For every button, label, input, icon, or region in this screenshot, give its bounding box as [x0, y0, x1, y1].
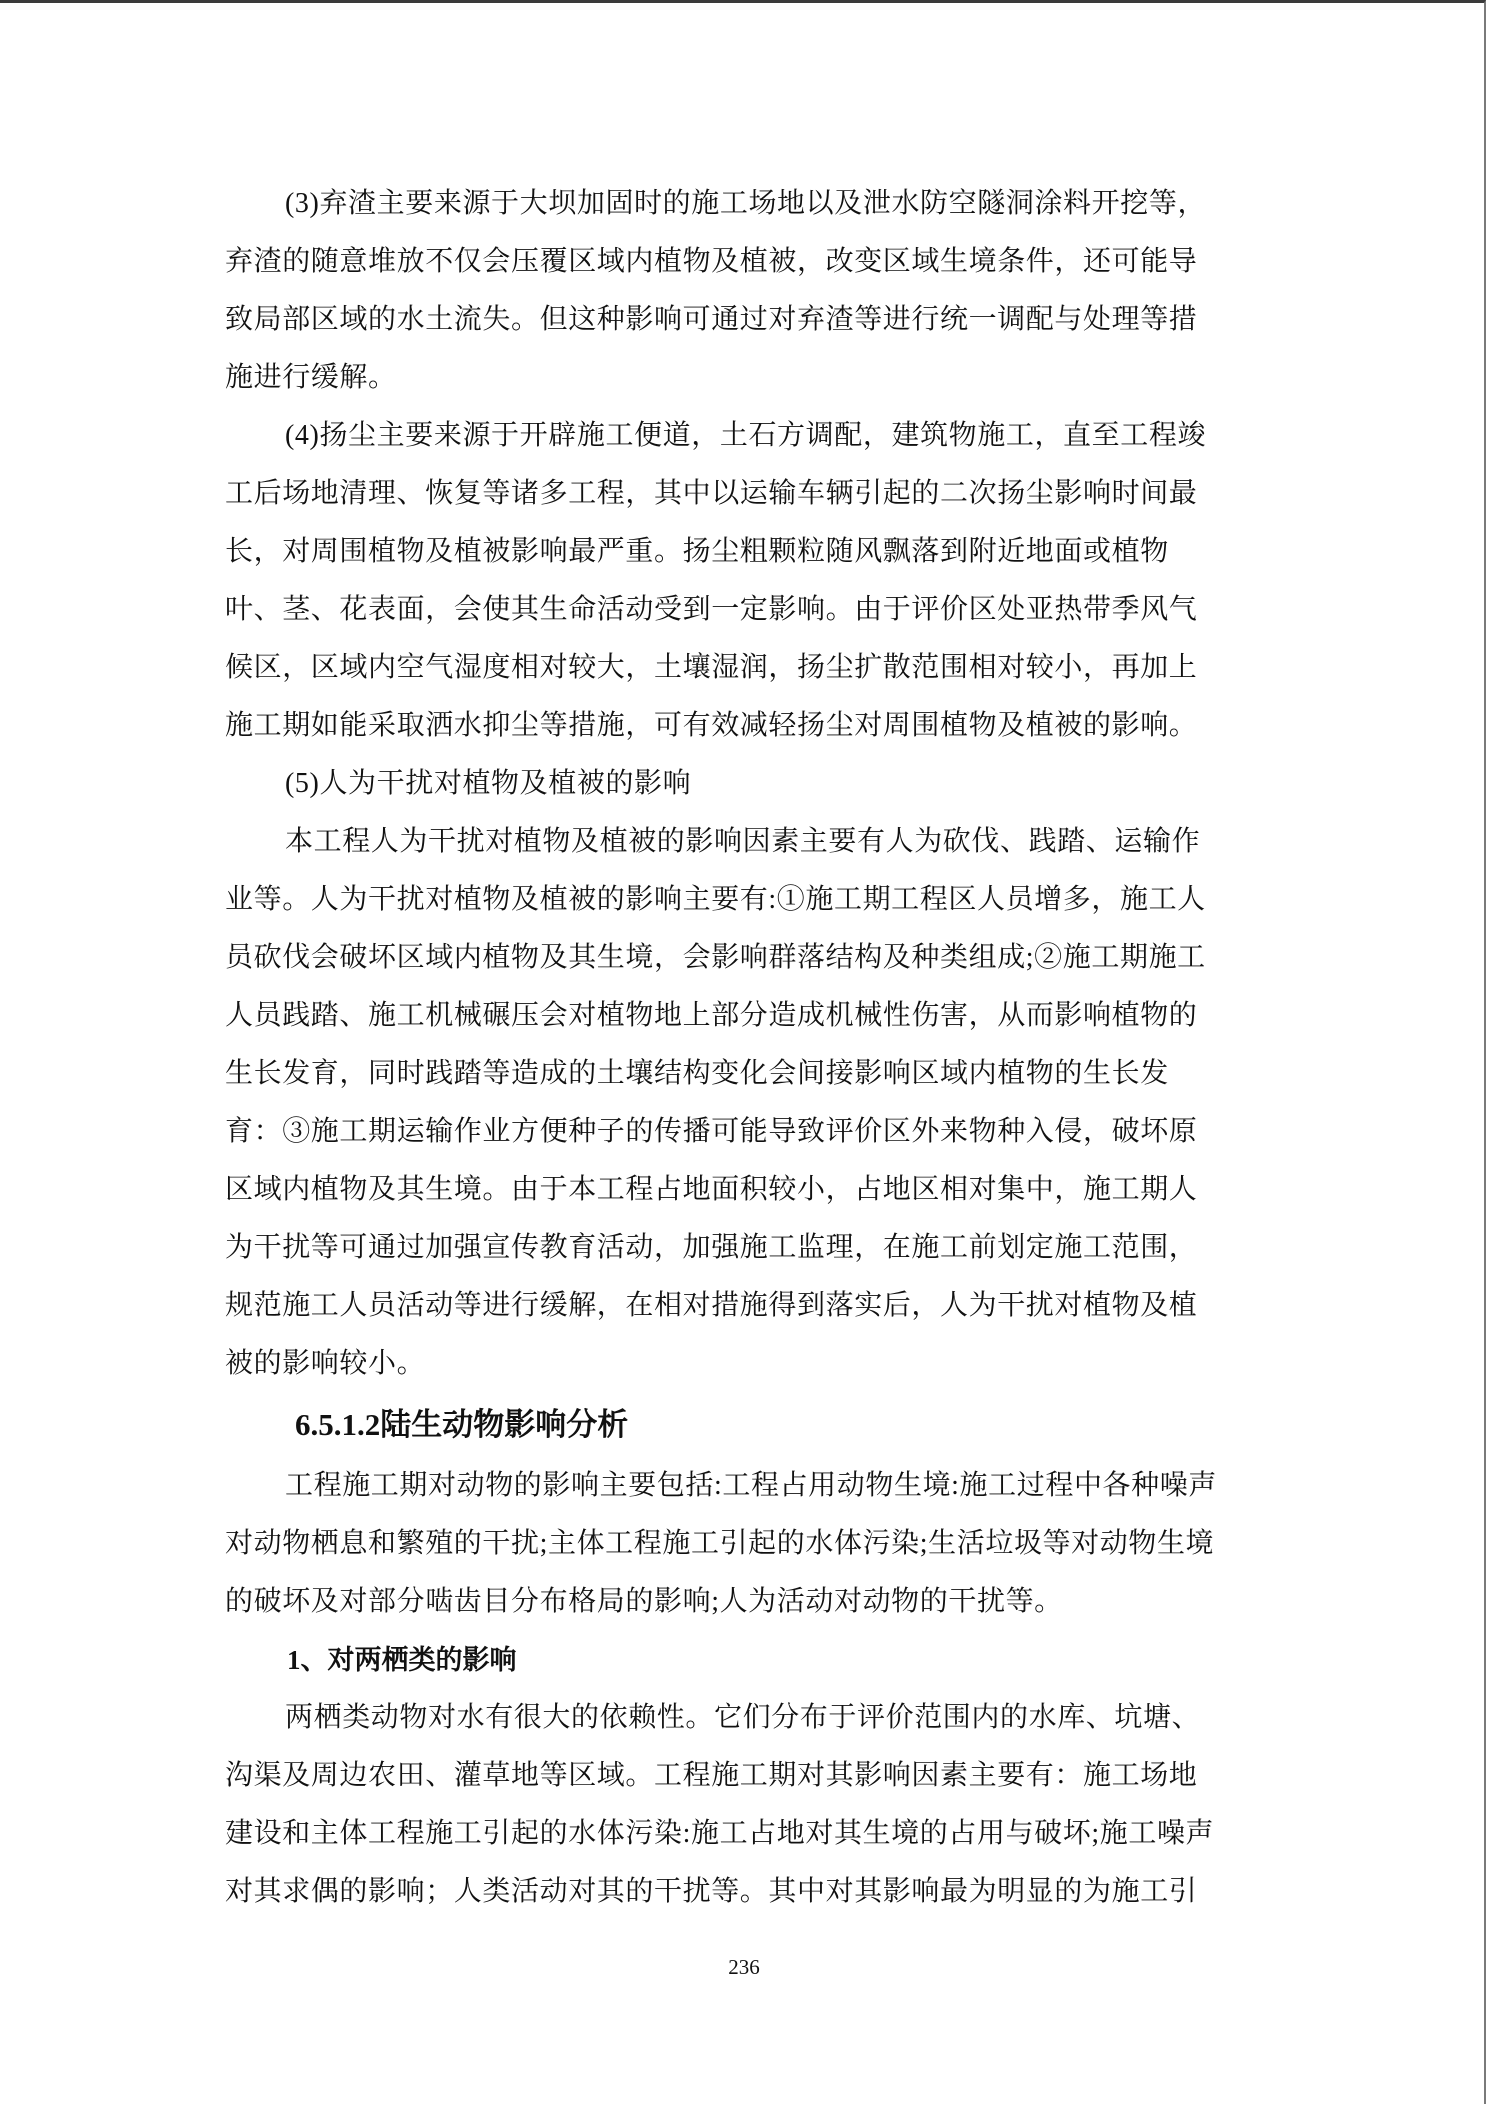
text-line: 候区，区域内空气湿度相对较大，土壤湿润，扬尘扩散范围相对较小，再加上 [225, 639, 1265, 697]
page-content: (3)弃渣主要来源于大坝加固时的施工场地以及泄水防空隧洞涂料开挖等， 弃渣的随意… [225, 175, 1265, 1921]
text-line: 生长发育，同时践踏等造成的土壤结构变化会间接影响区域内植物的生长发 [225, 1045, 1265, 1103]
text-line: 育：③施工期运输作业方便种子的传播可能导致评价区外来物种入侵，破坏原 [225, 1103, 1265, 1161]
paragraph-dust: (4)扬尘主要来源于开辟施工便道，土石方调配，建筑物施工，直至工程竣 工后场地清… [225, 407, 1265, 755]
text-line: 规范施工人员活动等进行缓解，在相对措施得到落实后，人为干扰对植物及植 [225, 1277, 1265, 1335]
text-line: 工后场地清理、恢复等诸多工程，其中以运输车辆引起的二次扬尘影响时间最 [225, 465, 1265, 523]
text-line: 的破坏及对部分啮齿目分布格局的影响;人为活动对动物的干扰等。 [225, 1573, 1265, 1631]
text-line: 施进行缓解。 [225, 349, 1265, 407]
text-line: 叶、茎、花表面，会使其生命活动受到一定影响。由于评价区处亚热带季风气 [225, 581, 1265, 639]
section-heading: 6.5.1.2陆生动物影响分析 [225, 1393, 1265, 1457]
text-line: 本工程人为干扰对植物及植被的影响因素主要有人为砍伐、践踏、运输作 [225, 813, 1265, 871]
paragraph-waste-residue: (3)弃渣主要来源于大坝加固时的施工场地以及泄水防空隧洞涂料开挖等， 弃渣的随意… [225, 175, 1265, 407]
page-number: 236 [0, 1955, 1488, 1980]
text-line: (4)扬尘主要来源于开辟施工便道，土石方调配，建筑物施工，直至工程竣 [225, 407, 1265, 465]
subsection-amphibians-paragraph: 两栖类动物对水有很大的依赖性。它们分布于评价范围内的水库、坑塘、 沟渠及周边农田… [225, 1689, 1265, 1921]
text-line: 对其求偶的影响；人类活动对其的干扰等。其中对其影响最为明显的为施工引 [225, 1863, 1265, 1921]
text-line: 人员践踏、施工机械碾压会对植物地上部分造成机械性伤害，从而影响植物的 [225, 987, 1265, 1045]
text-line: 区域内植物及其生境。由于本工程占地面积较小，占地区相对集中，施工期人 [225, 1161, 1265, 1219]
document-page: (3)弃渣主要来源于大坝加固时的施工场地以及泄水防空隧洞涂料开挖等， 弃渣的随意… [0, 0, 1486, 2104]
text-line: 施工期如能采取洒水抑尘等措施，可有效减轻扬尘对周围植物及植被的影响。 [225, 697, 1265, 755]
section-intro-paragraph: 工程施工期对动物的影响主要包括:工程占用动物生境:施工过程中各种噪声 对动物栖息… [225, 1457, 1265, 1631]
text-line: 对动物栖息和繁殖的干扰;主体工程施工引起的水体污染;生活垃圾等对动物生境 [225, 1515, 1265, 1573]
text-line: 长，对周围植物及植被影响最严重。扬尘粗颗粒随风飘落到附近地面或植物 [225, 523, 1265, 581]
paragraph-human-disturbance-title: (5)人为干扰对植物及植被的影响 [225, 755, 1265, 813]
text-line: 致局部区域的水土流失。但这种影响可通过对弃渣等进行统一调配与处理等措 [225, 291, 1265, 349]
text-line: 被的影响较小。 [225, 1335, 1265, 1393]
text-line: 建设和主体工程施工引起的水体污染:施工占地对其生境的占用与破坏;施工噪声 [225, 1805, 1265, 1863]
text-line: 弃渣的随意堆放不仅会压覆区域内植物及植被，改变区域生境条件，还可能导 [225, 233, 1265, 291]
text-line: 工程施工期对动物的影响主要包括:工程占用动物生境:施工过程中各种噪声 [225, 1457, 1265, 1515]
subsection-heading: 1、对两栖类的影响 [225, 1631, 1265, 1689]
text-line: 员砍伐会破坏区域内植物及其生境，会影响群落结构及种类组成;②施工期施工 [225, 929, 1265, 987]
text-line: 业等。人为干扰对植物及植被的影响主要有:①施工期工程区人员增多，施工人 [225, 871, 1265, 929]
text-line: 为干扰等可通过加强宣传教育活动，加强施工监理，在施工前划定施工范围， [225, 1219, 1265, 1277]
paragraph-human-disturbance-body: 本工程人为干扰对植物及植被的影响因素主要有人为砍伐、践踏、运输作 业等。人为干扰… [225, 813, 1265, 1393]
text-line: (3)弃渣主要来源于大坝加固时的施工场地以及泄水防空隧洞涂料开挖等， [225, 175, 1265, 233]
text-line: (5)人为干扰对植物及植被的影响 [225, 755, 1265, 813]
text-line: 两栖类动物对水有很大的依赖性。它们分布于评价范围内的水库、坑塘、 [225, 1689, 1265, 1747]
text-line: 沟渠及周边农田、灌草地等区域。工程施工期对其影响因素主要有：施工场地 [225, 1747, 1265, 1805]
